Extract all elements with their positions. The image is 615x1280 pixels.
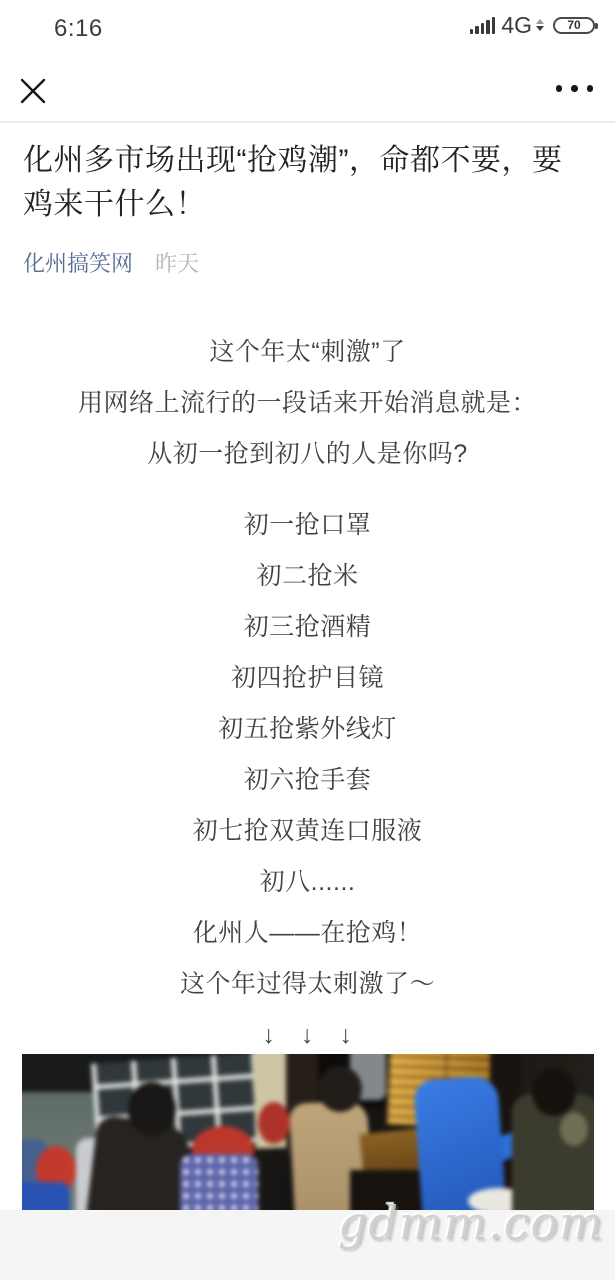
app-bar (0, 50, 615, 121)
battery-icon: 70 (553, 17, 595, 34)
photo-scene (22, 1054, 594, 1210)
down-arrows-line: ↓ ↓ ↓ (23, 1022, 592, 1048)
article-body: 这个年太“刺激”了 用网络上流行的一段话来开始消息就是： 从初一抢到初八的人是你… (23, 339, 592, 1048)
article-meta: 化州搞笑网 昨天 (23, 251, 592, 277)
phone-screen: 6:16 4G 70 化州多市场出现“抢鸡潮”，命都不要，要鸡来干什么！ 化州搞… (0, 0, 615, 1280)
article: 化州多市场出现“抢鸡潮”，命都不要，要鸡来干什么！ 化州搞笑网 昨天 这个年太“… (23, 139, 592, 1073)
article-photo[interactable] (22, 1054, 594, 1210)
article-line: 初二抢米 (23, 563, 592, 589)
photo-olive-jacket-highlight (560, 1112, 588, 1146)
article-line: 这个年太“刺激”了 (23, 339, 592, 365)
network-type-label: 4G (501, 12, 532, 39)
status-icons: 4G 70 (470, 0, 595, 50)
article-line: 从初一抢到初八的人是你吗? (23, 441, 592, 467)
article-line: 初七抢双黄连口服液 (23, 818, 592, 844)
clock-time: 6:16 (54, 15, 103, 43)
publish-date: 昨天 (155, 251, 199, 276)
article-line: 初五抢紫外线灯 (23, 716, 592, 742)
photo-red-clothing (258, 1102, 290, 1144)
more-menu-icon[interactable] (556, 85, 594, 92)
article-line: 这个年过得太刺激了～ (23, 971, 592, 997)
site-watermark: gdmm.com (338, 1196, 604, 1250)
photo-khaki-coat-head (318, 1066, 362, 1112)
author-link[interactable]: 化州搞笑网 (23, 251, 133, 276)
signal-strength-icon (470, 17, 496, 34)
article-title: 化州多市场出现“抢鸡潮”，命都不要，要鸡来干什么！ (23, 139, 592, 227)
photo-blue-item (22, 1182, 70, 1210)
close-icon[interactable] (18, 76, 48, 106)
article-line: 初一抢口罩 (23, 512, 592, 538)
photo-dark-jacket-head (128, 1082, 176, 1136)
battery-percent: 70 (567, 19, 580, 31)
status-bar: 6:16 4G 70 (0, 0, 615, 50)
article-line: 初四抢护目镜 (23, 665, 592, 691)
article-line: 化州人——在抢鸡！ (23, 920, 592, 946)
photo-child-floral-jacket (180, 1154, 258, 1210)
article-line: 用网络上流行的一段话来开始消息就是： (23, 390, 592, 416)
photo-olive-jacket-head (532, 1068, 576, 1116)
article-line: 初三抢酒精 (23, 614, 592, 640)
article-line: 初八...... (23, 869, 592, 895)
header-divider (0, 121, 615, 123)
data-traffic-icon (536, 19, 544, 31)
article-line: 初六抢手套 (23, 767, 592, 793)
